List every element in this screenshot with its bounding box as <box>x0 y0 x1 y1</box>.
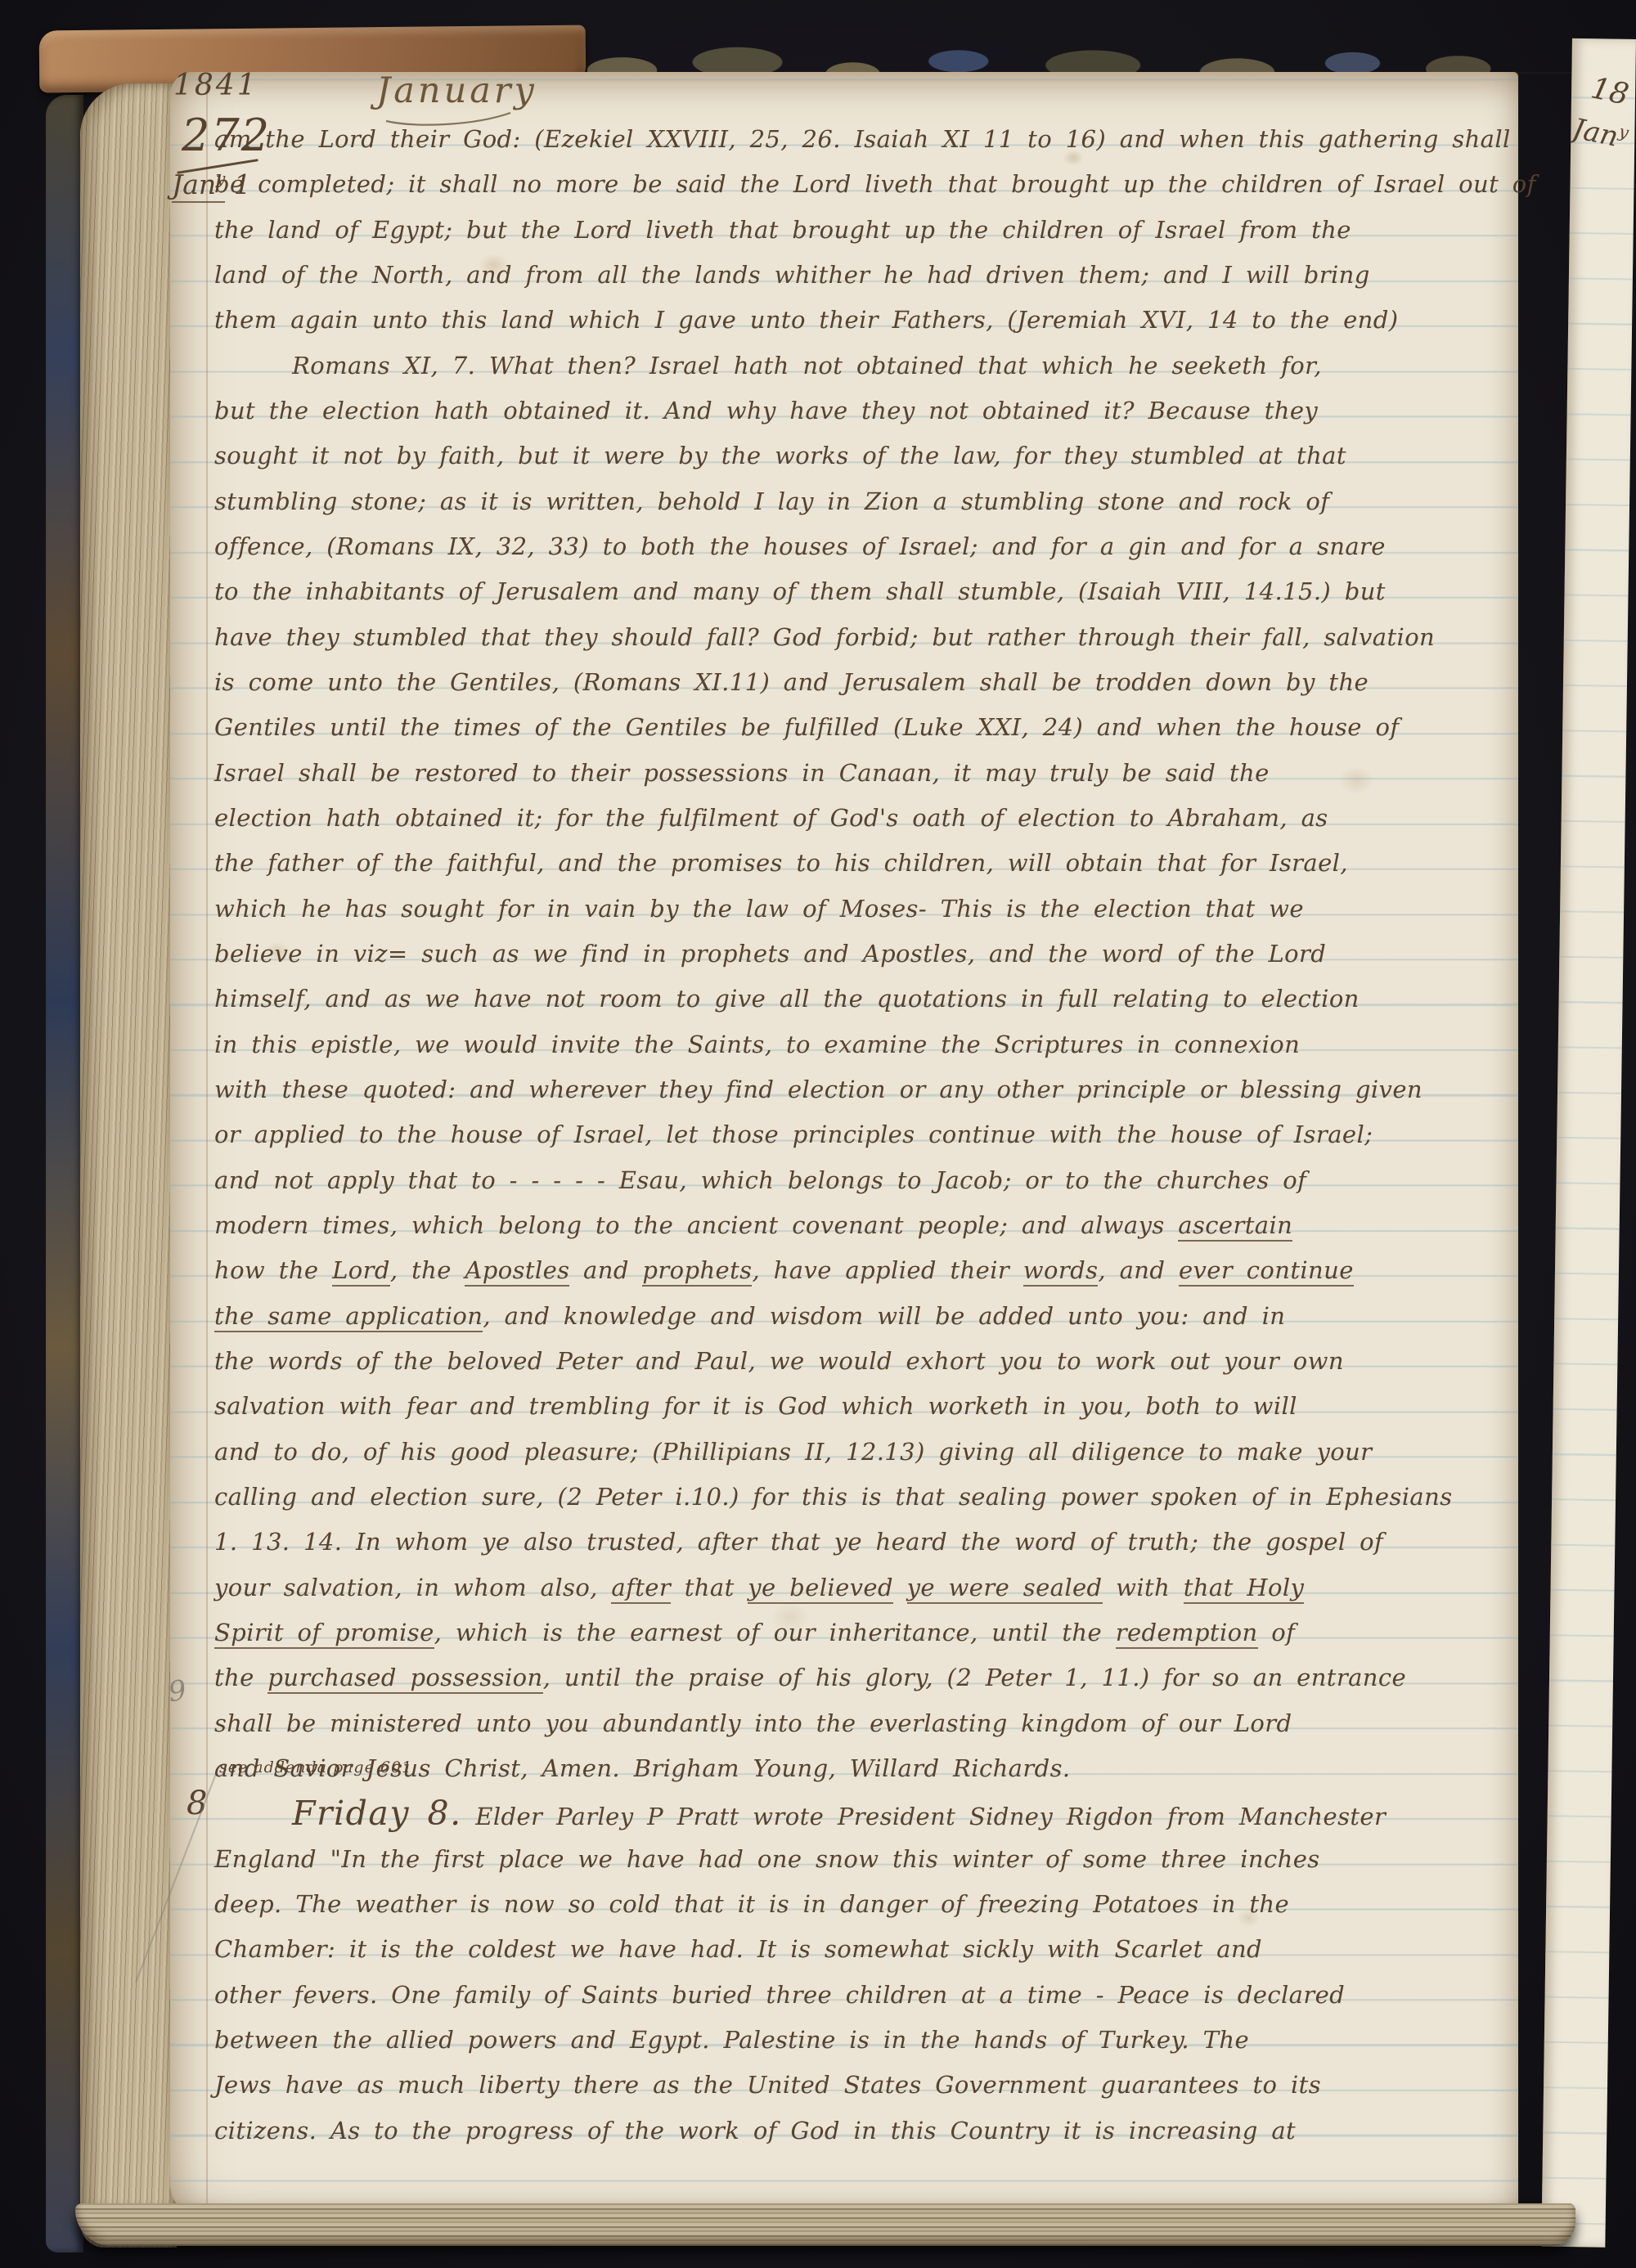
manuscript-line: salvation with fear and trembling for it… <box>214 1384 1297 1429</box>
manuscript-line: the land of Egypt; but the Lord liveth t… <box>214 208 1351 253</box>
manuscript-line: offence, (Romans IX, 32, 33) to both the… <box>214 524 1386 569</box>
manuscript-line: with these quoted: and wherever they fin… <box>214 1067 1423 1112</box>
manuscript-line: Spirit of promise, which is the earnest … <box>214 1610 1295 1655</box>
manuscript-line: or applied to the house of Israel, let t… <box>214 1112 1373 1157</box>
manuscript-line: in this epistle, we would invite the Sai… <box>214 1022 1300 1067</box>
manuscript-line: and Savior Jesus Christ, Amen. Brigham Y… <box>214 1746 1070 1791</box>
manuscript-line: Friday 8. Elder Parley P Pratt wrote Pre… <box>214 1791 1386 1836</box>
marbled-endpaper-edge <box>46 95 83 2252</box>
next-page-year-fragment: 18 <box>1588 71 1631 112</box>
manuscript-line: to the inhabitants of Jerusalem and many… <box>214 569 1386 614</box>
next-page-month-fragment: Jany <box>1570 112 1630 155</box>
scanned-manuscript-photo: { "photo": { "background_color": "#14131… <box>0 0 1636 2268</box>
manuscript-line: be completed; it shall no more be said t… <box>214 162 1536 207</box>
manuscript-line: am the Lord their God: (Ezekiel XXVIII, … <box>214 117 1511 162</box>
manuscript-line: is come unto the Gentiles, (Romans XI.11… <box>214 660 1369 705</box>
manuscript-line: citizens. As to the progress of the work… <box>214 2109 1296 2153</box>
manuscript-line: modern times, which belong to the ancien… <box>214 1203 1292 1248</box>
manuscript-line: have they stumbled that they should fall… <box>214 615 1435 660</box>
manuscript-line: sought it not by faith, but it were by t… <box>214 433 1346 478</box>
header-year: 1841 <box>173 69 258 102</box>
manuscript-line: but the election hath obtained it. And w… <box>214 388 1318 433</box>
manuscript-line: Gentiles until the times of the Gentiles… <box>214 705 1399 750</box>
manuscript-line: believe in viz= such as we find in proph… <box>214 932 1326 977</box>
manuscript-line: which he has sought for in vain by the l… <box>214 887 1304 932</box>
manuscript-line: himself, and as we have not room to give… <box>214 977 1360 1022</box>
manuscript-line: deep. The weather is now so cold that it… <box>214 1882 1289 1927</box>
manuscript-line: stumbling stone; as it is written, behol… <box>214 479 1329 524</box>
manuscript-line: land of the North, and from all the land… <box>214 253 1370 298</box>
manuscript-line: Jews have as much liberty there as the U… <box>214 2063 1321 2108</box>
page-bottom-edge <box>75 2203 1575 2246</box>
manuscript-line: England "In the first place we have had … <box>214 1837 1320 1882</box>
manuscript-line: 1. 13. 14. In whom ye also trusted, afte… <box>214 1520 1383 1565</box>
margin-rule-line <box>206 80 208 2207</box>
manuscript-line: Romans XI, 7. What then? Israel hath not… <box>214 344 1322 388</box>
manuscript-line: other fevers. One family of Saints burie… <box>214 1973 1345 2018</box>
manuscript-line: the purchased possession, until the prai… <box>214 1655 1406 1700</box>
manuscript-line: calling and election sure, (2 Peter i.10… <box>214 1475 1452 1520</box>
manuscript-line: them again unto this land which I gave u… <box>214 298 1398 343</box>
manuscript-line: shall be ministered unto you abundantly … <box>214 1701 1292 1746</box>
manuscript-line: the same application, and knowledge and … <box>214 1294 1285 1339</box>
manuscript-line: your salvation, in whom also, after that… <box>214 1565 1304 1610</box>
manuscript-line: and not apply that to - - - - - Esau, wh… <box>214 1158 1306 1203</box>
manuscript-line: Israel shall be restored to their posses… <box>214 751 1270 796</box>
manuscript-line: election hath obtained it; for the fulfi… <box>214 796 1328 841</box>
manuscript-line: the words of the beloved Peter and Paul,… <box>214 1339 1344 1384</box>
header-month: January <box>376 70 537 111</box>
manuscript-line: Chamber: it is the coldest we have had. … <box>214 1927 1262 1972</box>
manuscript-line: how the Lord, the Apostles and prophets,… <box>214 1248 1354 1293</box>
manuscript-line: and to do, of his good pleasure; (Philli… <box>214 1430 1372 1475</box>
manuscript-line: between the allied powers and Egypt. Pal… <box>214 2018 1249 2063</box>
page-edge-stack <box>80 83 177 2248</box>
manuscript-line: the father of the faithful, and the prom… <box>214 841 1348 886</box>
